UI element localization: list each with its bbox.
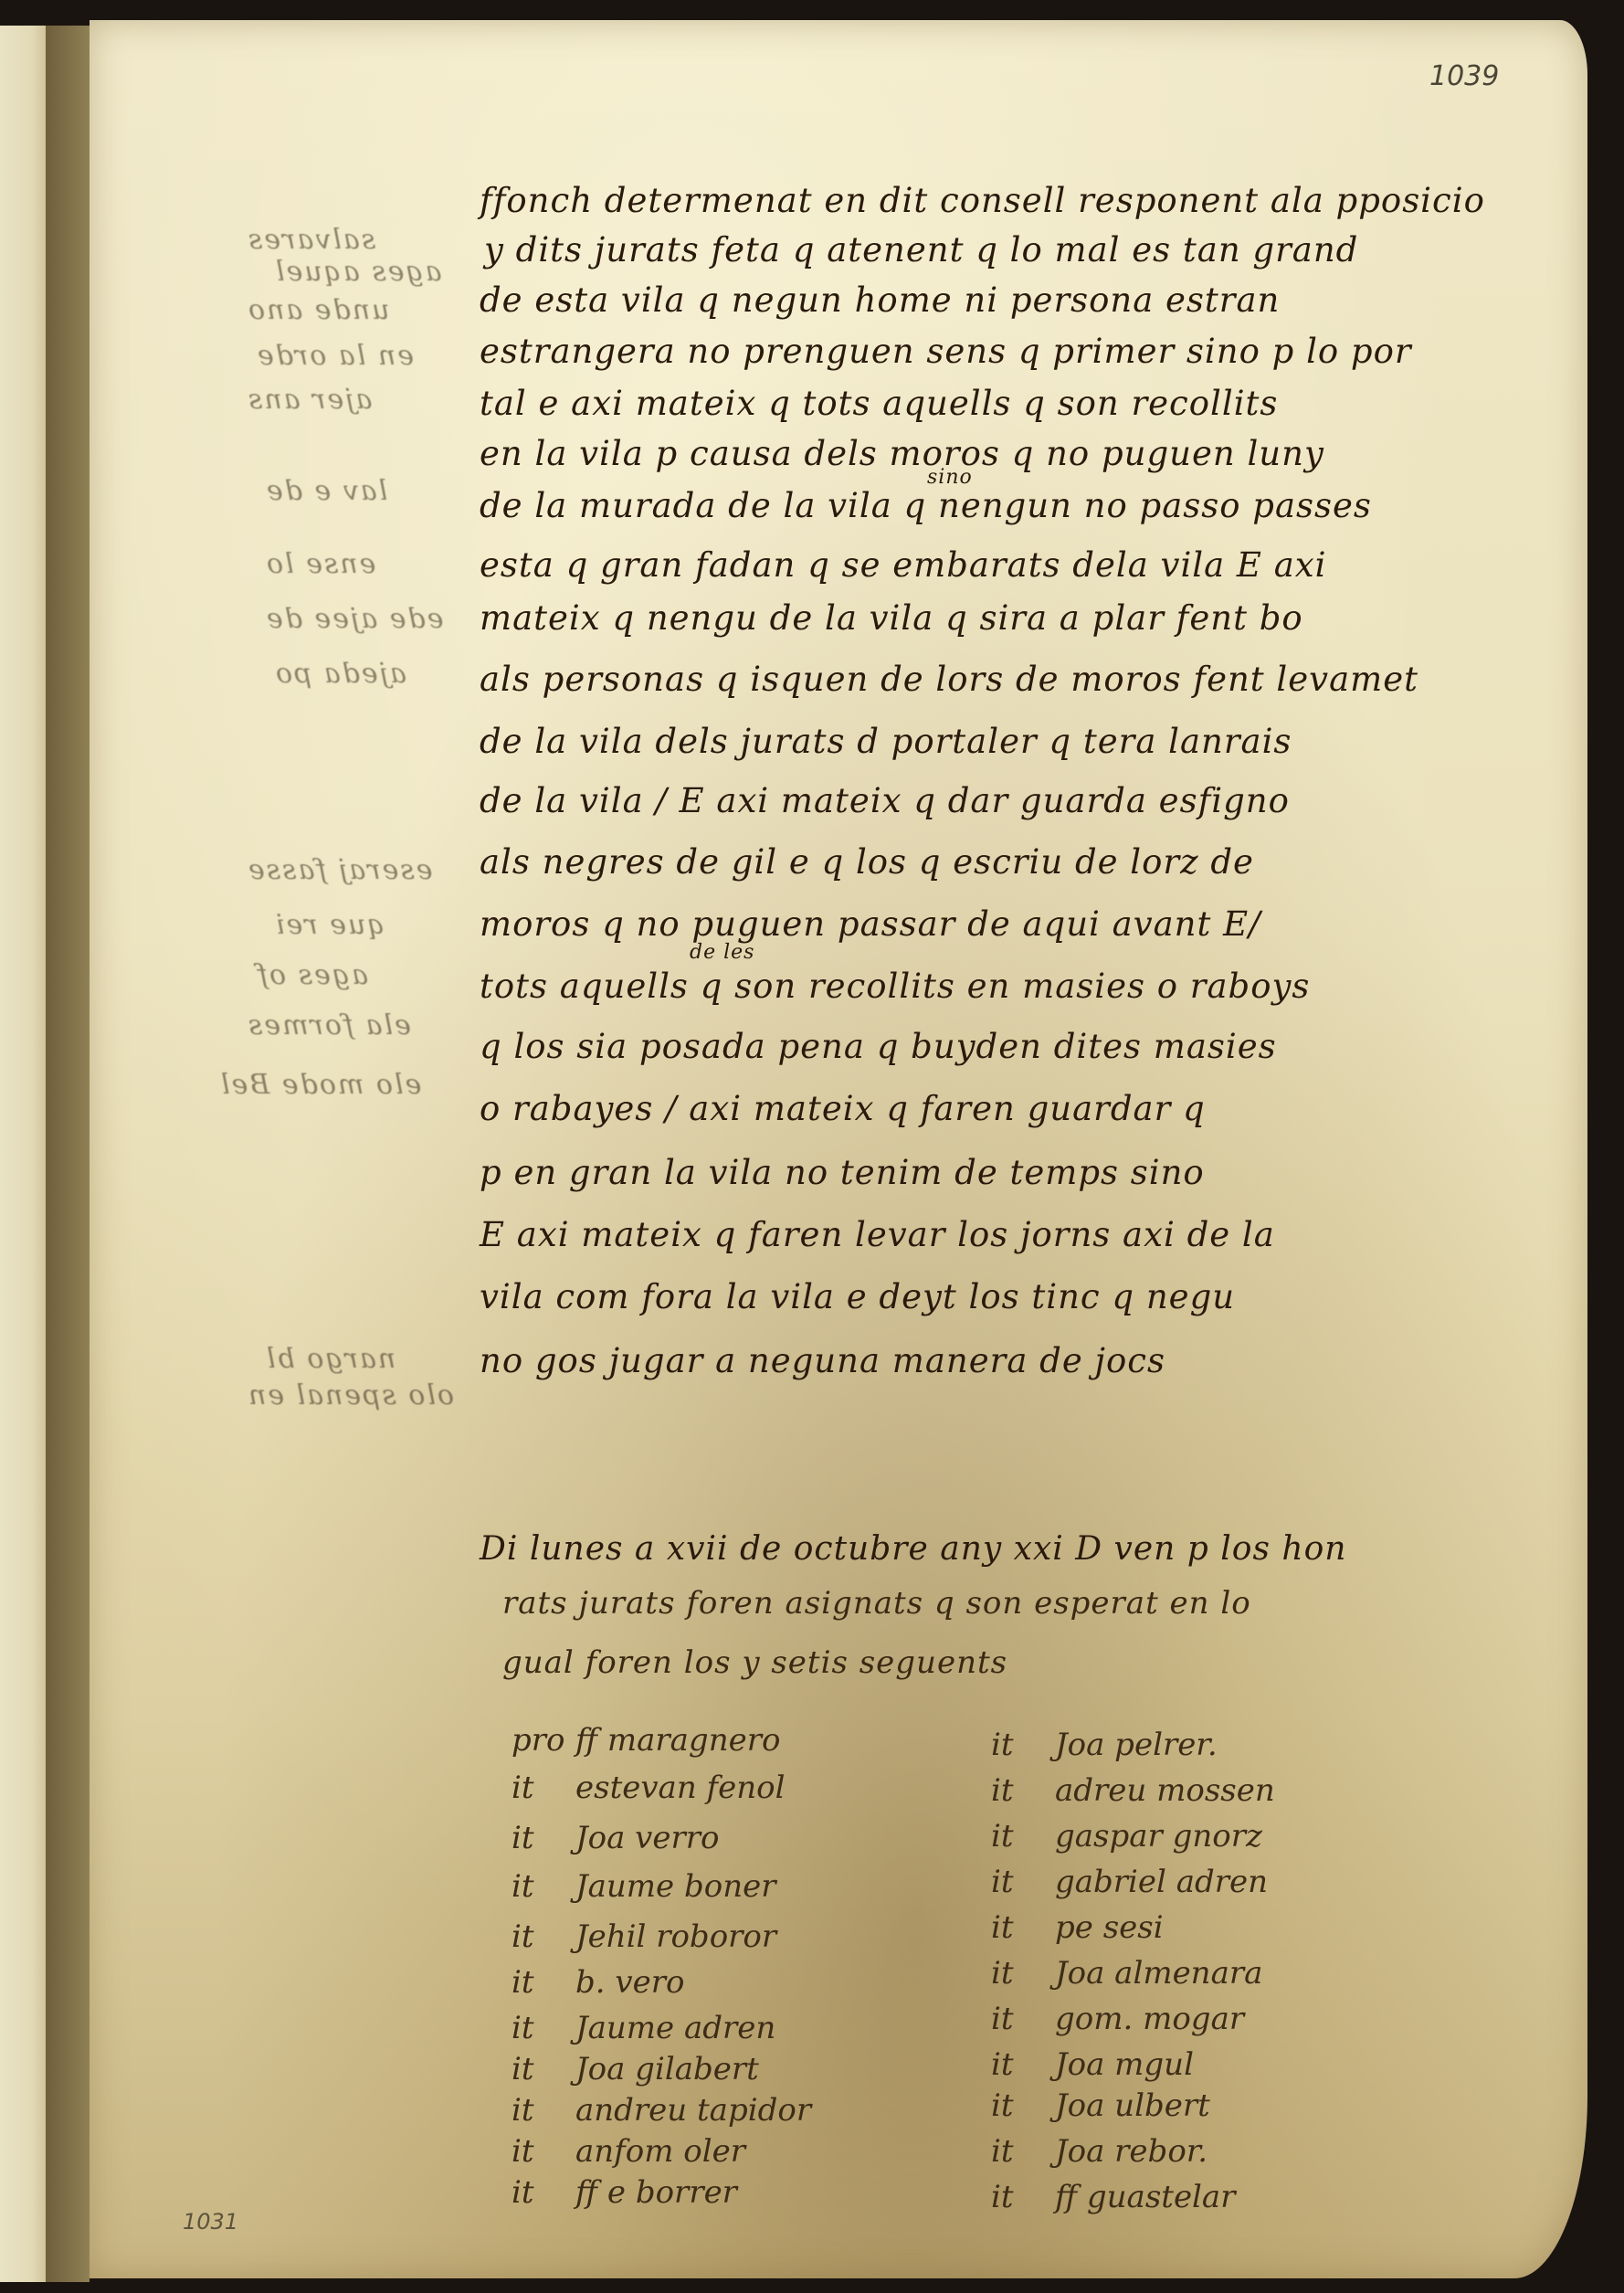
- ghost-line: elo mode Bel: [219, 1069, 421, 1101]
- text-line: esta q gran fadan q se embarats dela vil…: [480, 545, 1326, 585]
- text-line: vila com fora la vila e deyt los tinc q …: [480, 1277, 1235, 1316]
- entry-line: rats jurats foren asignats q son esperat…: [502, 1585, 1251, 1622]
- item-prefix: it: [511, 1820, 575, 1856]
- list-item: proff maragnero: [511, 1722, 780, 1759]
- item-prefix: it: [991, 2133, 1055, 2170]
- list-item: itJehil roboror: [511, 1918, 776, 1955]
- list-item: itJoa rebor.: [991, 2133, 1207, 2170]
- item-name: Joa gilabert: [575, 2051, 759, 2087]
- item-prefix: it: [991, 2179, 1055, 2215]
- list-item: itJoa verro: [511, 1820, 719, 1856]
- item-name: ff guastelar: [1055, 2179, 1235, 2215]
- entry-line: gual foren los y setis seguents: [502, 1644, 1007, 1681]
- text-line: moros q no puguen passar de aqui avant E…: [480, 904, 1261, 944]
- text-line: de la murada de la vila q nengun no pass…: [480, 486, 1372, 525]
- item-prefix: it: [991, 1864, 1055, 1900]
- text-line: estrangera no prenguen sens q primer sin…: [480, 332, 1412, 371]
- item-name: ff maragnero: [575, 1722, 780, 1759]
- text-line: de esta vila q negun home ni persona est…: [480, 280, 1280, 320]
- item-prefix: it: [511, 1770, 575, 1806]
- item-prefix: it: [511, 2051, 575, 2087]
- ghost-line: ela formes: [247, 1009, 411, 1041]
- item-prefix: it: [991, 1727, 1055, 1763]
- folio-number-bottom: 1031: [183, 2209, 238, 2235]
- item-name: Joa pelrer.: [1055, 1727, 1218, 1763]
- item-name: anfom oler: [575, 2133, 745, 2170]
- ghost-line: lav e de: [265, 475, 387, 507]
- item-name: b. vero: [575, 1964, 684, 2001]
- text-line: tal e axi mateix q tots aquells q son re…: [480, 384, 1278, 423]
- item-name: Joa rebor.: [1055, 2133, 1207, 2170]
- item-name: Jaume adren: [575, 2010, 775, 2046]
- text-line: tots aquells q son recollits en masies o…: [480, 967, 1310, 1006]
- list-item: itJoa almenara: [991, 1955, 1262, 1992]
- item-prefix: it: [511, 1964, 575, 2001]
- item-name: gom. mogar: [1055, 2001, 1244, 2037]
- item-name: Joa verro: [575, 1820, 719, 1856]
- item-name: Joa ulbert: [1055, 2087, 1210, 2124]
- text-line: p en gran la vila no tenim de temps sino: [480, 1153, 1205, 1192]
- item-prefix: it: [511, 1868, 575, 1905]
- list-item: itJoa mgul: [991, 2046, 1194, 2083]
- item-name: Joa almenara: [1055, 1955, 1262, 1992]
- list-item: itb. vero: [511, 1964, 684, 2001]
- text-line: mateix q nengu de la vila q sira a plar …: [480, 598, 1303, 638]
- item-prefix: it: [991, 2001, 1055, 2037]
- list-item: itJoa ulbert: [991, 2087, 1210, 2124]
- item-prefix: it: [991, 1909, 1055, 1946]
- item-name: gabriel adren: [1055, 1864, 1268, 1900]
- list-item: itanfom oler: [511, 2133, 745, 2170]
- ghost-line: eseraj fasse: [247, 854, 433, 886]
- item-prefix: pro: [511, 1722, 575, 1759]
- entry-line: Di lunes a xvii de octubre any xxi D ven…: [480, 1530, 1346, 1568]
- item-name: Joa mgul: [1055, 2046, 1194, 2083]
- list-item: itJaume adren: [511, 2010, 775, 2046]
- item-prefix: it: [511, 2133, 575, 2170]
- ghost-line: que rei: [274, 909, 385, 941]
- item-name: Jehil roboror: [575, 1918, 776, 1955]
- text-line: als personas q isquen de lors de moros f…: [480, 660, 1418, 699]
- text-line: als negres de gil e q los q escriu de lo…: [480, 842, 1254, 882]
- item-name: Jaume boner: [575, 1868, 775, 1905]
- list-item: itJaume boner: [511, 1868, 775, 1905]
- ghost-line: ede ajee de: [265, 603, 443, 635]
- text-line: y dits jurats feta q atenent q lo mal es…: [484, 230, 1358, 269]
- list-item: itgaspar gnorz: [991, 1818, 1262, 1854]
- facing-page-edge: [0, 26, 46, 2282]
- interlinear-note: de les: [690, 941, 754, 964]
- item-name: pe sesi: [1055, 1909, 1164, 1946]
- item-prefix: it: [511, 2092, 575, 2129]
- item-name: ff e borrer: [575, 2174, 737, 2211]
- text-line: q los sia posada pena q buyden dites mas…: [480, 1027, 1277, 1066]
- item-prefix: it: [511, 2174, 575, 2211]
- ghost-line: salvares: [247, 224, 375, 256]
- text-line: en la vila p causa dels moros q no pugue…: [480, 434, 1324, 473]
- ghost-line: nargo bl: [265, 1343, 395, 1375]
- list-item: itgabriel adren: [991, 1864, 1268, 1900]
- ghost-line: olo spenal en: [247, 1379, 454, 1411]
- list-item: itJoa pelrer.: [991, 1727, 1218, 1763]
- item-name: adreu mossen: [1055, 1772, 1275, 1809]
- ghost-line: ages aquel: [274, 256, 442, 288]
- list-item: itgom. mogar: [991, 2001, 1244, 2037]
- ghost-line: ages of: [256, 959, 368, 991]
- list-item: itpe sesi: [991, 1909, 1164, 1946]
- list-item: itandreu tapidor: [511, 2092, 811, 2129]
- list-item: itadreu mossen: [991, 1772, 1275, 1809]
- interlinear-note: sino: [927, 466, 973, 489]
- text-line: no gos jugar a neguna manera de jocs: [480, 1341, 1165, 1380]
- list-item: itff e borrer: [511, 2174, 737, 2211]
- text-line: o rabayes / axi mateix q faren guardar q: [480, 1089, 1206, 1128]
- ghost-line: ense lo: [265, 548, 375, 580]
- item-prefix: it: [511, 1918, 575, 1955]
- item-prefix: it: [991, 1818, 1055, 1854]
- item-prefix: it: [991, 2046, 1055, 2083]
- list-item: itJoa gilabert: [511, 2051, 759, 2087]
- binding-gutter: [46, 26, 90, 2282]
- ghost-line: ajer ans: [247, 384, 372, 416]
- text-line: de la vila / E axi mateix q dar guarda e…: [480, 781, 1290, 820]
- list-item: itff guastelar: [991, 2179, 1235, 2215]
- ghost-line: unde ano: [247, 294, 389, 326]
- item-prefix: it: [511, 2010, 575, 2046]
- item-prefix: it: [991, 1772, 1055, 1809]
- text-line: E axi mateix q faren levar los jorns axi…: [480, 1215, 1275, 1254]
- ghost-line: ajeda po: [274, 658, 406, 690]
- list-item: itestevan fenol: [511, 1770, 785, 1806]
- text-line: de la vila dels jurats d portaler q tera…: [480, 722, 1292, 761]
- item-prefix: it: [991, 2087, 1055, 2124]
- item-name: gaspar gnorz: [1055, 1818, 1262, 1854]
- folio-number-top: 1039: [1429, 60, 1499, 92]
- item-prefix: it: [991, 1955, 1055, 1992]
- item-name: andreu tapidor: [575, 2092, 811, 2129]
- item-name: estevan fenol: [575, 1770, 785, 1806]
- text-line: ffonch determenat en dit consell respone…: [480, 181, 1485, 220]
- ghost-line: en la orde: [256, 340, 414, 372]
